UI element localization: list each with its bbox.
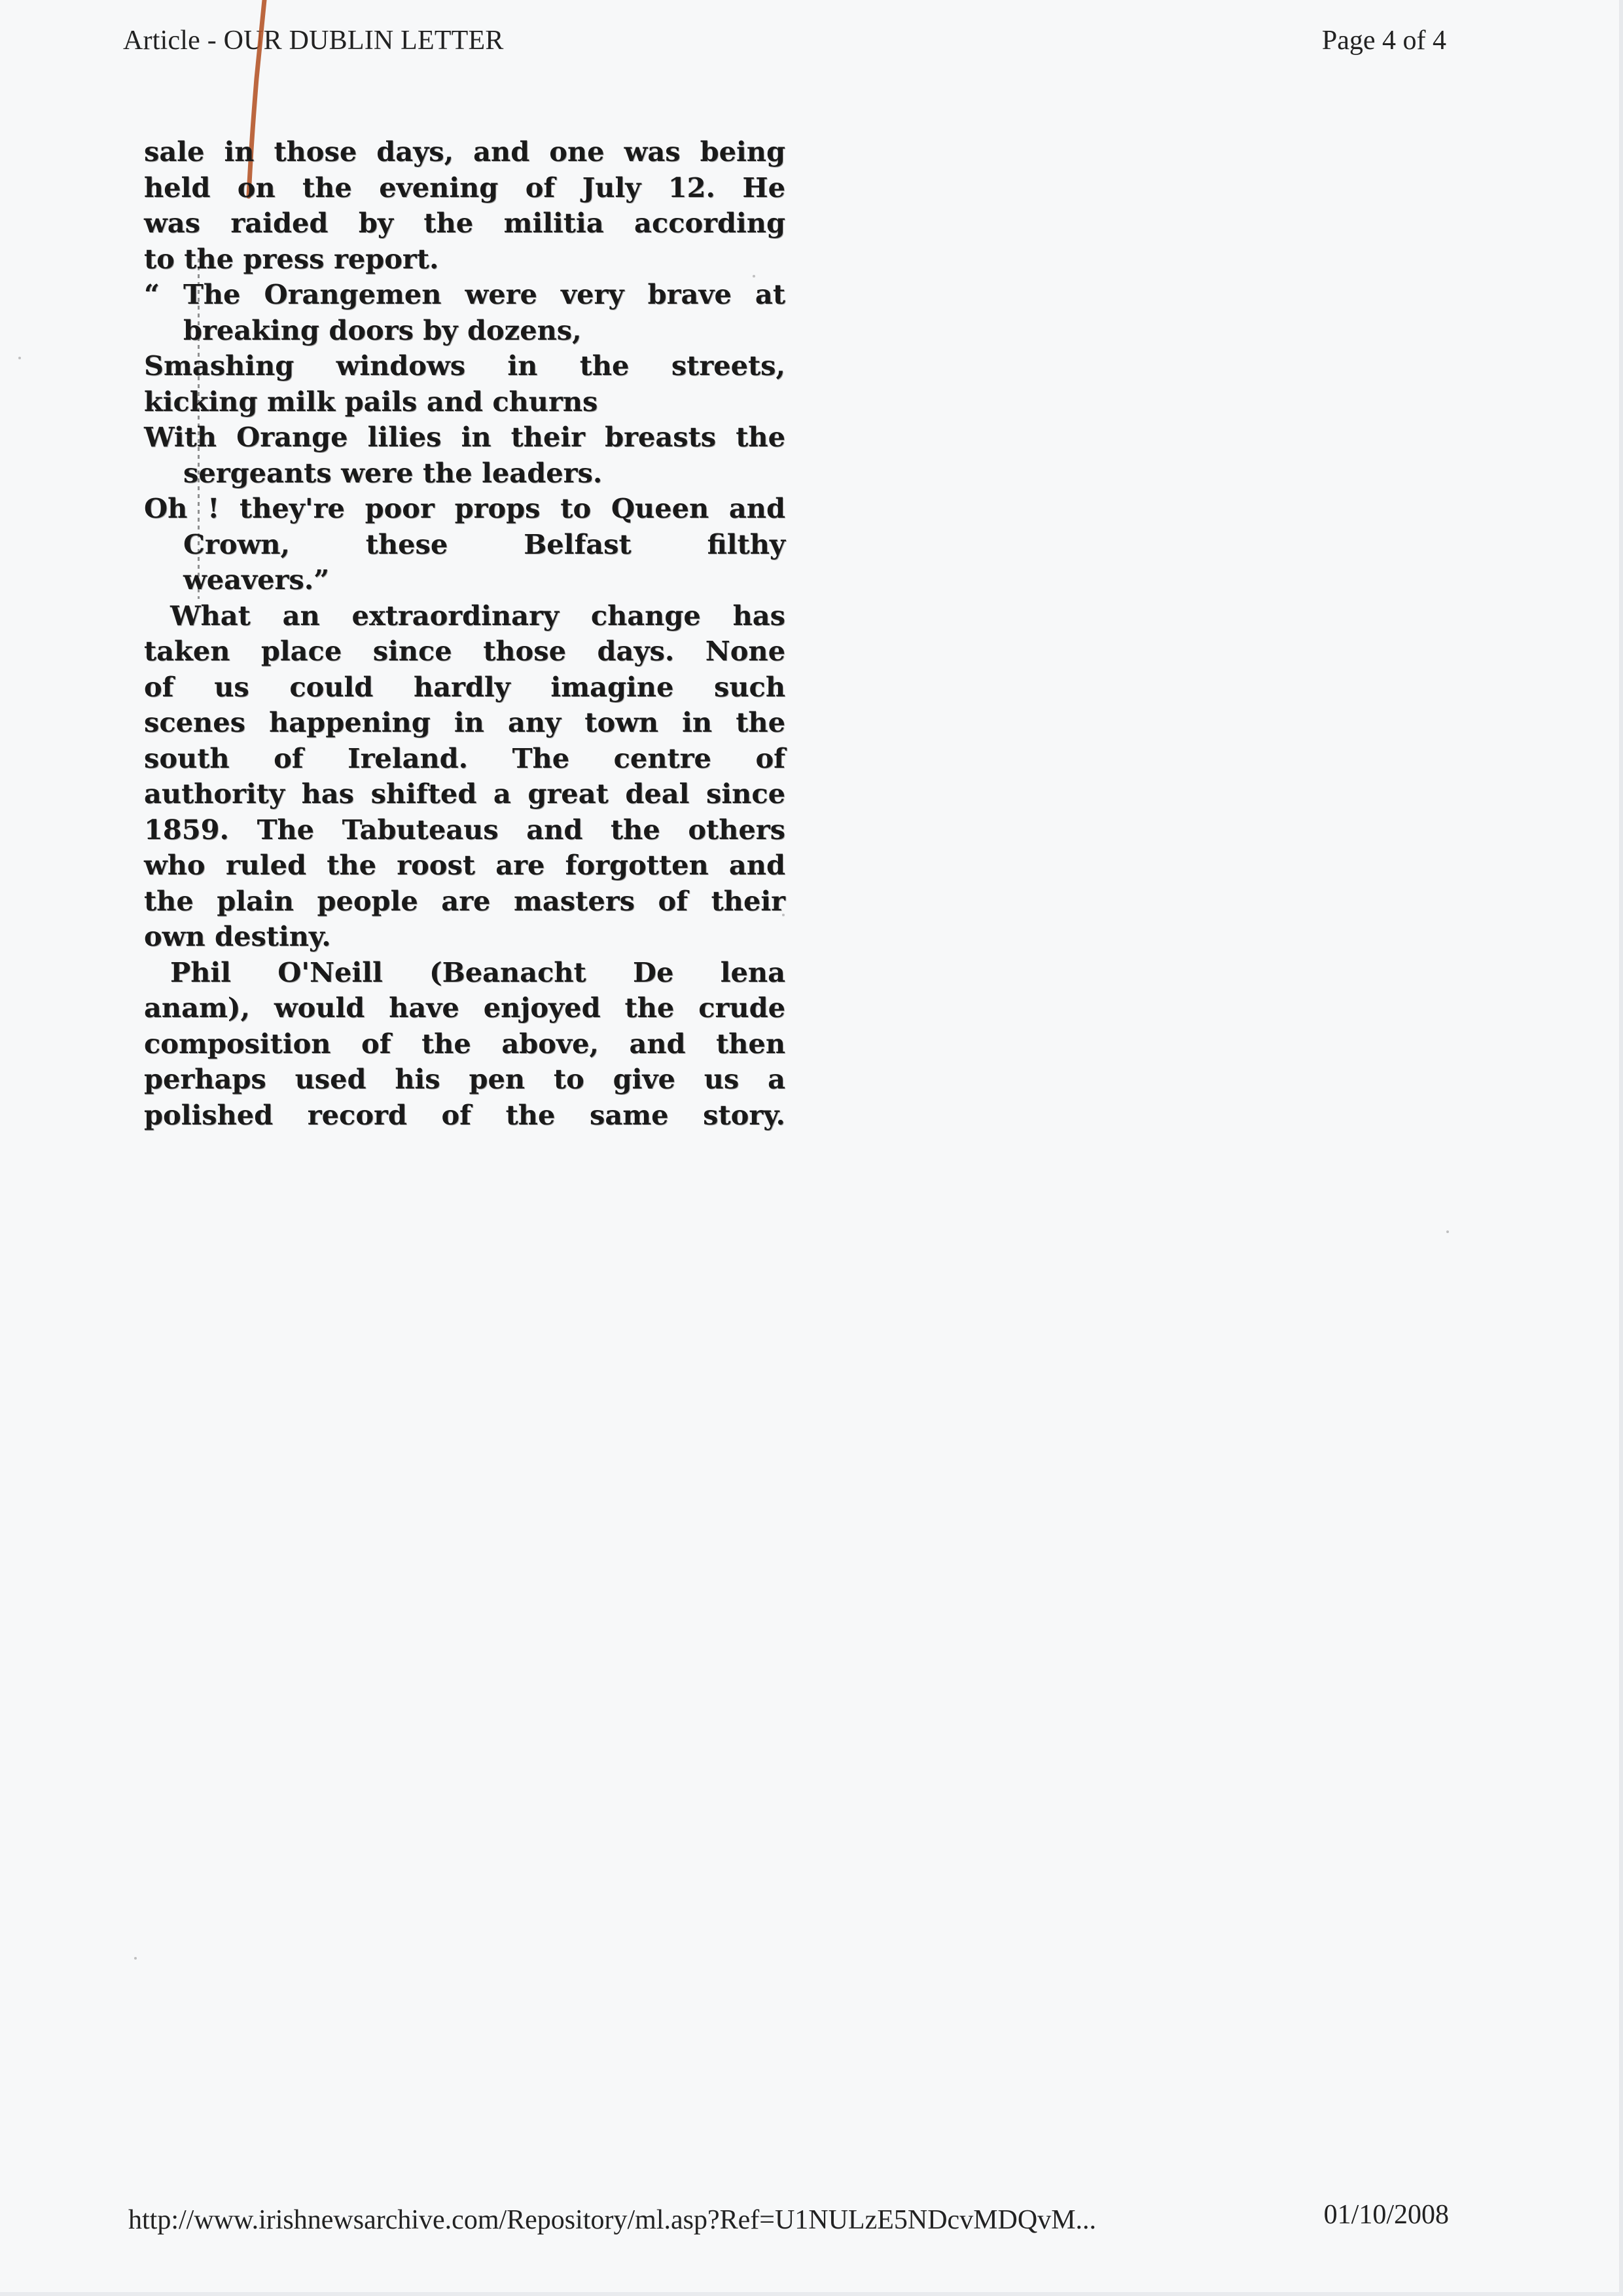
article-line: south of Ireland. The centre of [144, 741, 785, 777]
scan-speck [753, 275, 755, 278]
article-line: taken place since those days. None [144, 634, 785, 670]
scan-speck [134, 1957, 137, 1960]
print-date: 01/10/2008 [1324, 2199, 1449, 2231]
article-line: With Orange lilies in their breasts the [144, 420, 785, 456]
article-line: was raided by the militia according [144, 206, 785, 242]
article-line: perhaps used his pen to give us a [144, 1062, 785, 1098]
article-line: Oh ! they're poor props to Queen and [144, 491, 785, 527]
article-line: anam), would have enjoyed the crude [144, 990, 785, 1026]
page-indicator: Page 4 of 4 [1322, 25, 1446, 56]
article-line: who ruled the roost are forgotten and [144, 848, 785, 884]
article-line: the plain people are masters of their [144, 884, 785, 920]
article-line: held on the evening of July 12. He [144, 170, 785, 206]
scan-speck [782, 914, 785, 916]
article-line: to the press report. [144, 242, 785, 278]
scan-speck [18, 357, 21, 359]
document-title: Article - OUR DUBLIN LETTER [123, 25, 504, 56]
article-line: 1859. The Tabuteaus and the others [144, 812, 785, 848]
article-line: authority has shifted a great deal since [144, 776, 785, 812]
article-line: Phil O'Neill (Beanacht De lena [144, 955, 785, 991]
source-url[interactable]: http://www.irishnewsarchive.com/Reposito… [128, 2204, 1096, 2236]
article-line: “ The Orangemen were very brave at [144, 277, 785, 313]
article-line: own destiny. [144, 919, 785, 955]
article-line: kicking milk pails and churns [144, 384, 785, 420]
article-line: of us could hardly imagine such [144, 670, 785, 706]
scan-speck [1446, 1230, 1449, 1233]
article-line: polished record of the same story. [144, 1098, 785, 1134]
article-line: weavers.” [144, 562, 785, 598]
article-line: breaking doors by dozens, [144, 313, 785, 349]
article-line: Crown, these Belfast filthy [144, 527, 785, 563]
article-line: Smashing windows in the streets, [144, 348, 785, 384]
newspaper-clipping: sale in those days, and one was beinghel… [144, 134, 785, 1133]
article-line: sale in those days, and one was being [144, 134, 785, 170]
article-line: What an extraordinary change has [144, 598, 785, 634]
article-line: sergeants were the leaders. [144, 456, 785, 492]
article-line: composition of the above, and then [144, 1026, 785, 1062]
article-line: scenes happening in any town in the [144, 705, 785, 741]
